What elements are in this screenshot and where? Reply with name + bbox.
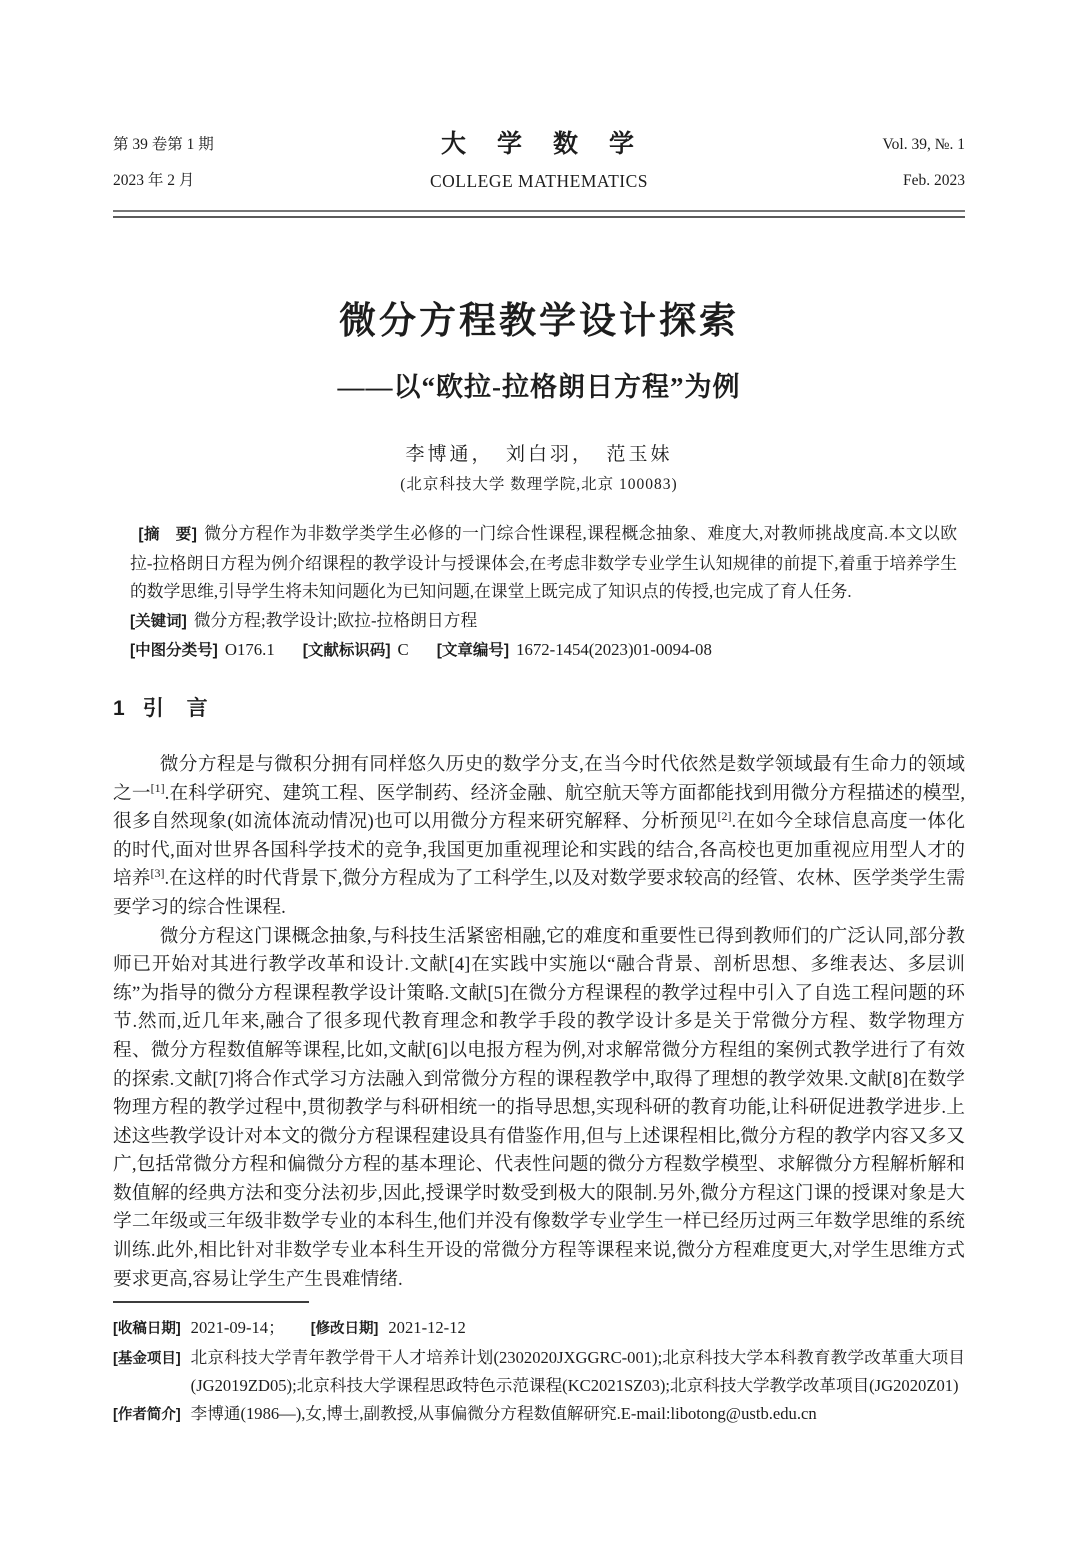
footnote-row: [收稿日期]2021-09-14；[修改日期]2021-12-12: [113, 1314, 965, 1343]
keywords-label: [关键词]: [130, 613, 187, 630]
article-no-label: [文章编号]: [437, 642, 509, 659]
section-title: 引 言: [143, 697, 209, 720]
footnote-text: 李博通(1986—),女,博士,副教授,从事偏微分方程数值解研究.E-mail:…: [191, 1400, 965, 1428]
keywords-text: 微分方程;教学设计;欧拉-拉格朗日方程: [194, 611, 477, 630]
footnotes-block: [收稿日期]2021-09-14；[修改日期]2021-12-12[基金项目]北…: [113, 1314, 965, 1429]
issue-month-en: Feb. 2023: [765, 163, 965, 199]
keywords-line: [关键词]微分方程;教学设计;欧拉-拉格朗日方程: [130, 607, 957, 637]
section-number: 1: [113, 697, 126, 720]
issue-date-cn: 2023 年 2 月: [113, 163, 313, 199]
article-no-value: 1672-1454(2023)01-0094-08: [516, 640, 712, 659]
header-divider-rule: [113, 210, 965, 218]
clc-label: [中图分类号]: [130, 642, 218, 659]
article-title: 微分方程教学设计探索: [113, 290, 965, 344]
abstract-text: 微分方程作为非数学类学生必修的一门综合性课程,课程概念抽象、难度大,对教师挑战度…: [130, 524, 957, 601]
author-affiliation: (北京科技大学 数理学院,北京 100083): [113, 472, 965, 494]
journal-title-en: COLLEGE MATHEMATICS: [313, 163, 765, 199]
footnote-label: [修改日期]: [311, 1315, 379, 1343]
doc-code-label: [文献标识码]: [303, 642, 391, 659]
abstract-paragraph: [摘 要]微分方程作为非数学类学生必修的一门综合性课程,课程概念抽象、难度大,对…: [130, 520, 957, 607]
journal-header: 第 39 卷第 1 期 2023 年 2 月 大 学 数 学 COLLEGE M…: [113, 127, 965, 199]
footnote-text: 北京科技大学青年教学骨干人才培养计划(2302020JXGGRC-001);北京…: [191, 1344, 965, 1401]
section-heading: 1引 言: [113, 692, 965, 722]
footnote-label: [作者简介]: [113, 1401, 181, 1429]
footnote-row: [作者简介]李博通(1986—),女,博士,副教授,从事偏微分方程数值解研究.E…: [113, 1400, 965, 1429]
journal-title-block: 大 学 数 学 COLLEGE MATHEMATICS: [313, 127, 765, 199]
body-paragraph: 微分方程这门课概念抽象,与科技生活紧密相融,它的难度和重要性已得到教师们的广泛认…: [113, 923, 965, 1295]
body-text: 微分方程是与微积分拥有同样悠久历史的数学分支,在当今时代依然是数学领域最有生命力…: [113, 751, 965, 1294]
footnote-text: 2021-09-14；: [191, 1314, 285, 1342]
abstract-label: [摘 要]: [138, 526, 196, 543]
footnote-text: 2021-12-12: [388, 1314, 465, 1342]
journal-title-cn: 大 学 数 学: [313, 127, 765, 163]
issue-info-en-block: Vol. 39, №. 1 Feb. 2023: [765, 127, 965, 199]
citation-ref: [1]: [151, 780, 165, 794]
abstract-block: [摘 要]微分方程作为非数学类学生必修的一门综合性课程,课程概念抽象、难度大,对…: [130, 520, 957, 666]
author-names: 李博通， 刘白羽， 范玉妹: [113, 439, 965, 466]
footnote-label: [收稿日期]: [113, 1315, 181, 1343]
volume-number-en: Vol. 39, №. 1: [765, 127, 965, 163]
doc-code-value: C: [398, 640, 409, 659]
footnote-divider-rule: [113, 1301, 309, 1303]
issue-info-block: 第 39 卷第 1 期 2023 年 2 月: [113, 127, 313, 199]
issue-volume-cn: 第 39 卷第 1 期: [113, 127, 313, 163]
clc-value: O176.1: [225, 640, 275, 659]
classification-line: [中图分类号]O176.1[文献标识码]C[文章编号]1672-1454(202…: [130, 636, 957, 666]
journal-page: 第 39 卷第 1 期 2023 年 2 月 大 学 数 学 COLLEGE M…: [0, 0, 1087, 1549]
footnote-row: [基金项目]北京科技大学青年教学骨干人才培养计划(2302020JXGGRC-0…: [113, 1344, 965, 1401]
footnote-label: [基金项目]: [113, 1345, 181, 1373]
citation-ref: [3]: [150, 866, 164, 880]
body-paragraph: 微分方程是与微积分拥有同样悠久历史的数学分支,在当今时代依然是数学领域最有生命力…: [113, 751, 965, 923]
citation-ref: [2]: [717, 809, 731, 823]
article-subtitle: ——以“欧拉-拉格朗日方程”为例: [113, 365, 965, 404]
